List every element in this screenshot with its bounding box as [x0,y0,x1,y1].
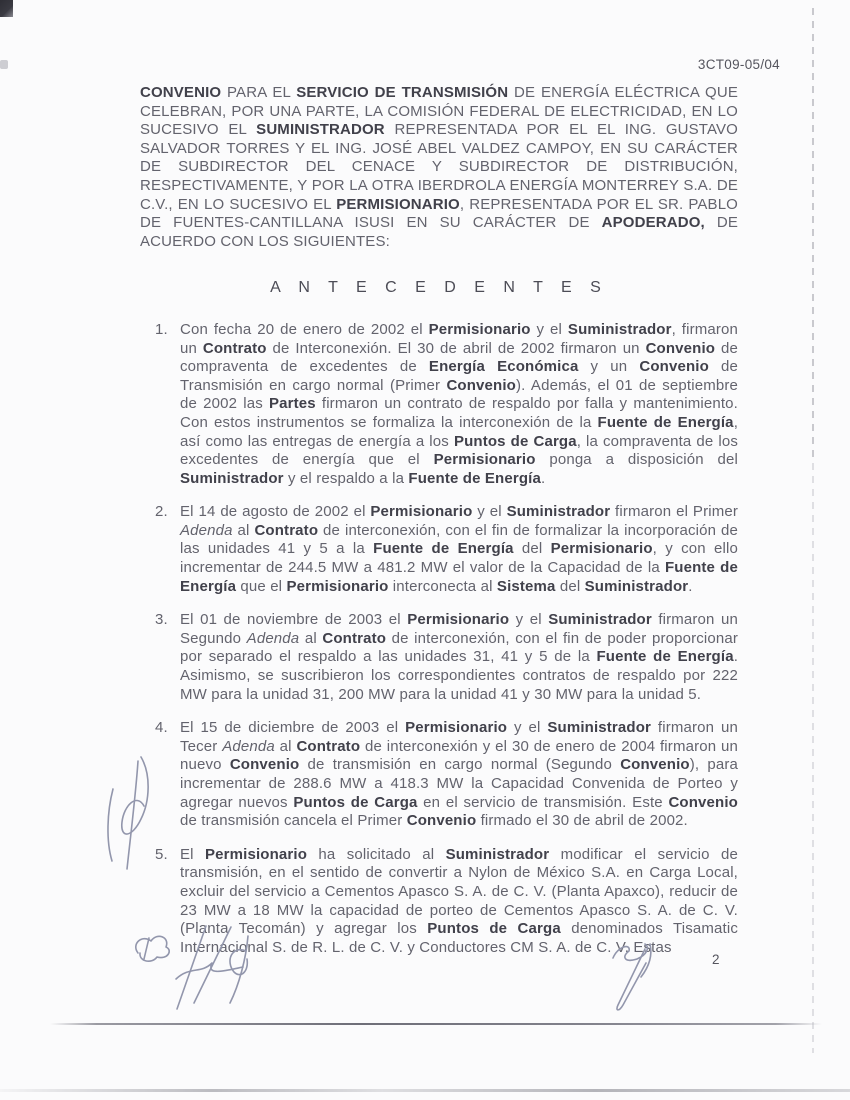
handwritten-initials-right-mark [613,944,651,1010]
handwritten-flourish-mark [136,936,169,961]
handwritten-initials-left-mark [176,926,248,1009]
handwritten-margin-initial-mark [108,757,148,869]
handwriting-layer [0,0,850,1100]
scanned-document-page: 3CT09-05/04 CONVENIO PARA EL SERVICIO DE… [0,0,850,1100]
